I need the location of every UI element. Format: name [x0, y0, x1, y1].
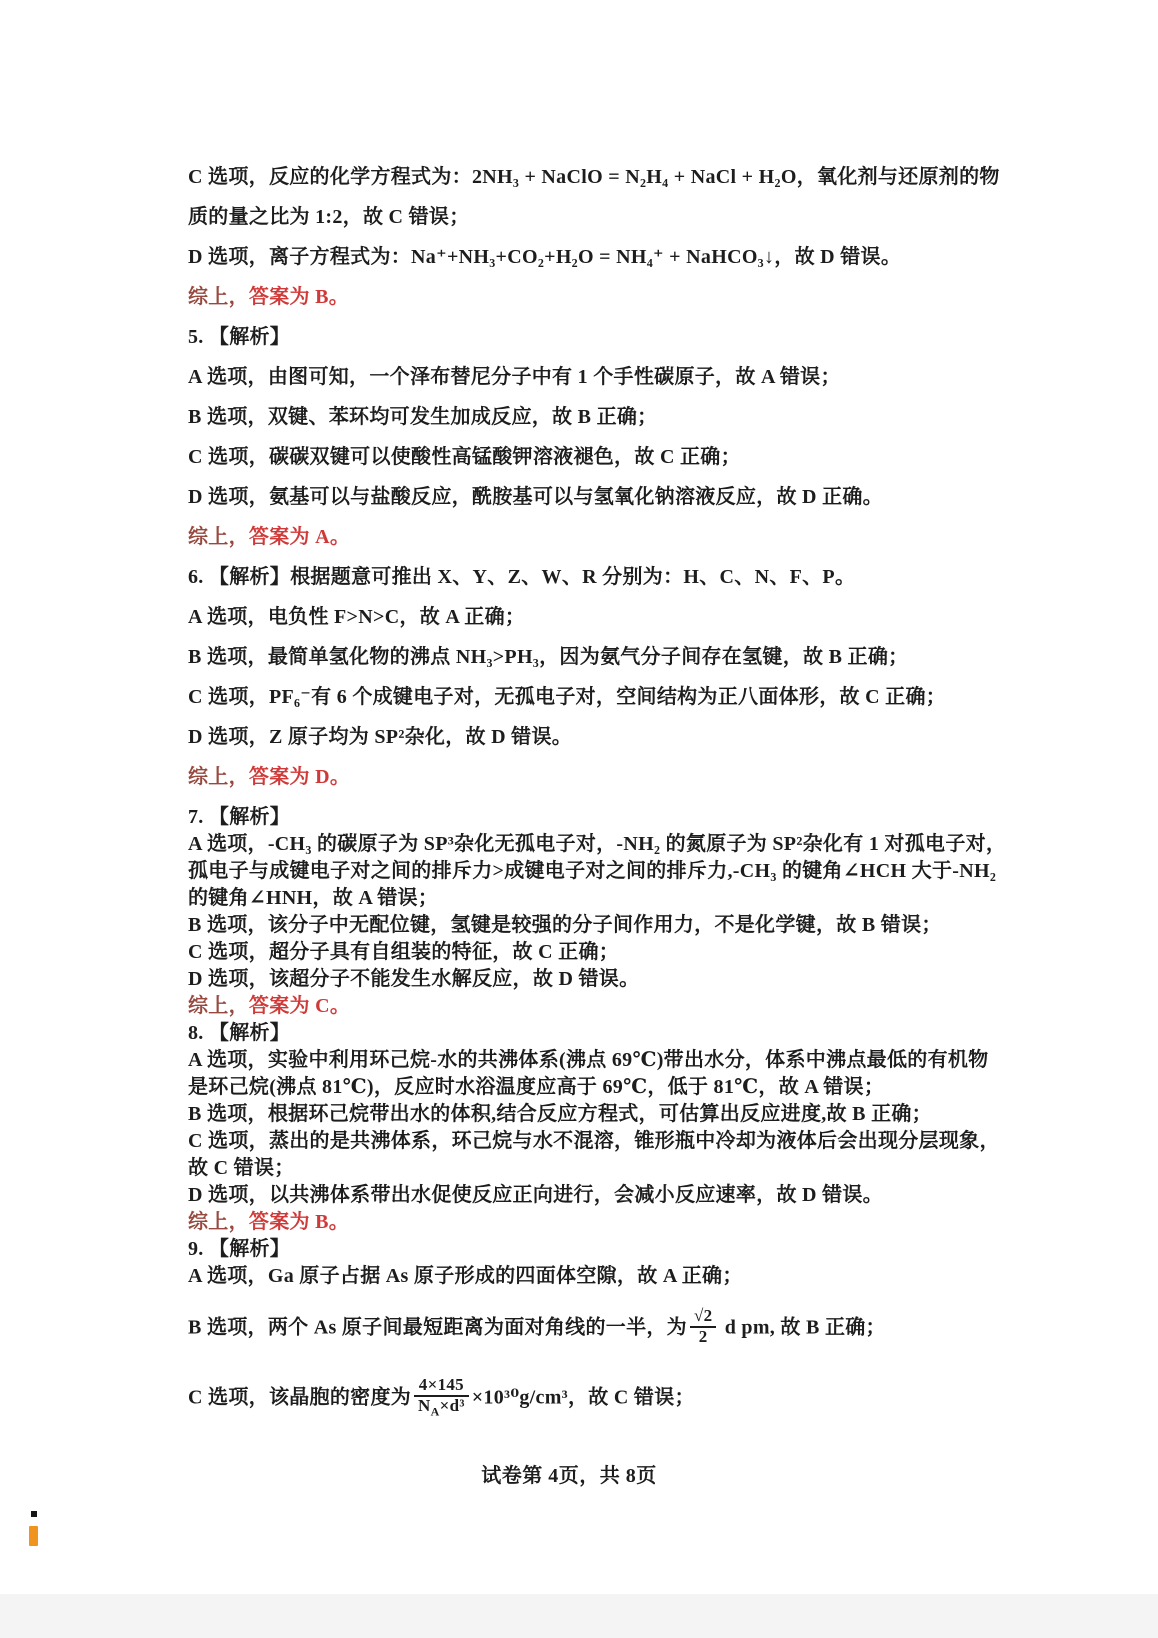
q4-conclusion-line: 综上，答案为 B。	[188, 284, 950, 310]
q8-conclusion-line: 综上，答案为 B。	[188, 1209, 950, 1235]
q8-option-b-line: B 选项，根据环己烷带出水的体积,结合反应方程式，可估算出反应进度,故 B 正确…	[188, 1101, 950, 1127]
q6-option-d-line: D 选项，Z 原子均为 SP²杂化，故 D 错误。	[188, 724, 950, 750]
q8-heading: 8. 【解析】	[188, 1020, 950, 1046]
q6-option-a-line: A 选项，电负性 F>N>C，故 A 正确；	[188, 604, 950, 630]
fraction-denominator: 2	[690, 1326, 716, 1347]
q5-option-d-line: D 选项，氨基可以与盐酸反应，酰胺基可以与氢氧化钠溶液反应，故 D 正确。	[188, 484, 950, 510]
conclusion-prefix: 综上，	[188, 286, 249, 308]
conclusion-prefix: 综上，	[188, 1211, 249, 1233]
conclusion-answer: 答案为 A。	[249, 526, 350, 548]
conclusion-prefix: 综上，	[188, 766, 249, 788]
q7-heading: 7. 【解析】	[188, 804, 950, 830]
page-footer: 试卷第 4页，共 8页	[188, 1463, 950, 1489]
q6-heading: 6. 【解析】根据题意可推出 X、Y、Z、W、R 分别为：H、C、N、F、P。	[188, 564, 950, 590]
q9-b-text-post: d pm, 故 B 正确；	[719, 1316, 885, 1338]
fraction-sqrt2-over-2: √22	[690, 1307, 716, 1346]
fraction-denominator: NA×d³	[414, 1395, 469, 1419]
q9-option-a-line: A 选项，Ga 原子占据 As 原子形成的四面体空隙，故 A 正确；	[188, 1263, 950, 1289]
q6-option-b-line: B 选项，最简单氢化物的沸点 NH₃>PH₃，因为氨气分子间存在氢键，故 B 正…	[188, 644, 950, 670]
q9-option-b-line: B 选项，两个 As 原子间最短距离为面对角线的一半，为√22 d pm, 故 …	[188, 1307, 950, 1350]
q8-option-a-line1: A 选项，实验中利用环己烷-水的共沸体系(沸点 69℃)带出水分，体系中沸点最低…	[188, 1047, 950, 1073]
q7-conclusion-line: 综上，答案为 C。	[188, 993, 950, 1019]
q5-option-c-line: C 选项，碳碳双键可以使酸性高锰酸钾溶液褪色，故 C 正确；	[188, 444, 950, 470]
q9-b-text-pre: B 选项，两个 As 原子间最短距离为面对角线的一半，为	[188, 1316, 687, 1338]
fraction-numerator: √2	[690, 1307, 716, 1326]
black-dot-artifact	[31, 1511, 37, 1517]
fraction-density: 4×145NA×d³	[414, 1376, 469, 1418]
q7-option-d-line: D 选项，该超分子不能发生水解反应，故 D 错误。	[188, 966, 950, 992]
q8-option-c-line2: 故 C 错误；	[188, 1155, 950, 1181]
orange-cursor-marker	[29, 1526, 38, 1546]
q7-option-b-line: B 选项，该分子中无配位键，氢键是较强的分子间作用力，不是化学键，故 B 错误；	[188, 912, 950, 938]
q5-option-a-line: A 选项，由图可知，一个泽布替尼分子中有 1 个手性碳原子，故 A 错误；	[188, 364, 950, 390]
q6-option-c-line: C 选项，PF₆⁻有 6 个成键电子对，无孤电子对，空间结构为正八面体形，故 C…	[188, 684, 950, 710]
conclusion-answer: 答案为 B。	[249, 1211, 349, 1233]
conclusion-prefix: 综上，	[188, 526, 249, 548]
document-content: C 选项，反应的化学方程式为：2NH₃ + NaClO = N₂H₄ + NaC…	[188, 164, 950, 1509]
q7-option-a-line2: 孤电子与成键电子对之间的排斥力>成键电子对之间的排斥力,-CH₃ 的键角∠HCH…	[188, 858, 950, 884]
q9-c-text-post: ×10³⁰g/cm³，故 C 错误；	[472, 1387, 695, 1409]
avogadro-symbol: N	[418, 1396, 431, 1415]
q4-option-d-line: D 选项，离子方程式为：Na⁺+NH₃+CO₂+H₂O = NH₄⁺ + NaH…	[188, 244, 950, 270]
fraction-numerator: 4×145	[414, 1376, 469, 1395]
q9-heading: 9. 【解析】	[188, 1236, 950, 1262]
q5-heading: 5. 【解析】	[188, 324, 950, 350]
q5-option-b-line: B 选项，双键、苯环均可发生加成反应，故 B 正确；	[188, 404, 950, 430]
q9-c-text-pre: C 选项，该晶胞的密度为	[188, 1387, 411, 1409]
q5-conclusion-line: 综上，答案为 A。	[188, 524, 950, 550]
q7-option-c-line: C 选项，超分子具有自组装的特征，故 C 正确；	[188, 939, 950, 965]
conclusion-answer: 答案为 B。	[249, 286, 349, 308]
q8-option-a-line2: 是环己烷(沸点 81℃)，反应时水浴温度应高于 69℃，低于 81℃，故 A 错…	[188, 1074, 950, 1100]
q8-option-d-line: D 选项，以共沸体系带出水促使反应正向进行，会减小反应速率，故 D 错误。	[188, 1182, 950, 1208]
conclusion-answer: 答案为 D。	[249, 766, 350, 788]
q7-option-a-line1: A 选项，-CH₃ 的碳原子为 SP³杂化无孤电子对，-NH₂ 的氮原子为 SP…	[188, 831, 950, 857]
avogadro-subscript: A	[431, 1404, 440, 1418]
q9-option-c-line: C 选项，该晶胞的密度为4×145NA×d³×10³⁰g/cm³，故 C 错误；	[188, 1376, 950, 1422]
bottom-gray-strip	[0, 1594, 1158, 1638]
conclusion-answer: 答案为 C。	[249, 995, 350, 1017]
q6-conclusion-line: 综上，答案为 D。	[188, 764, 950, 790]
q8-option-c-line1: C 选项，蒸出的是共沸体系，环己烷与水不混溶，锥形瓶中冷却为液体后会出现分层现象…	[188, 1128, 950, 1154]
q4-option-c-line2: 质的量之比为 1:2，故 C 错误；	[188, 204, 950, 230]
q4-option-c-line1: C 选项，反应的化学方程式为：2NH₃ + NaClO = N₂H₄ + NaC…	[188, 164, 950, 190]
denominator-tail: ×d³	[440, 1396, 465, 1415]
conclusion-prefix: 综上，	[188, 995, 249, 1017]
q7-option-a-line3: 的键角∠HNH，故 A 错误；	[188, 885, 950, 911]
